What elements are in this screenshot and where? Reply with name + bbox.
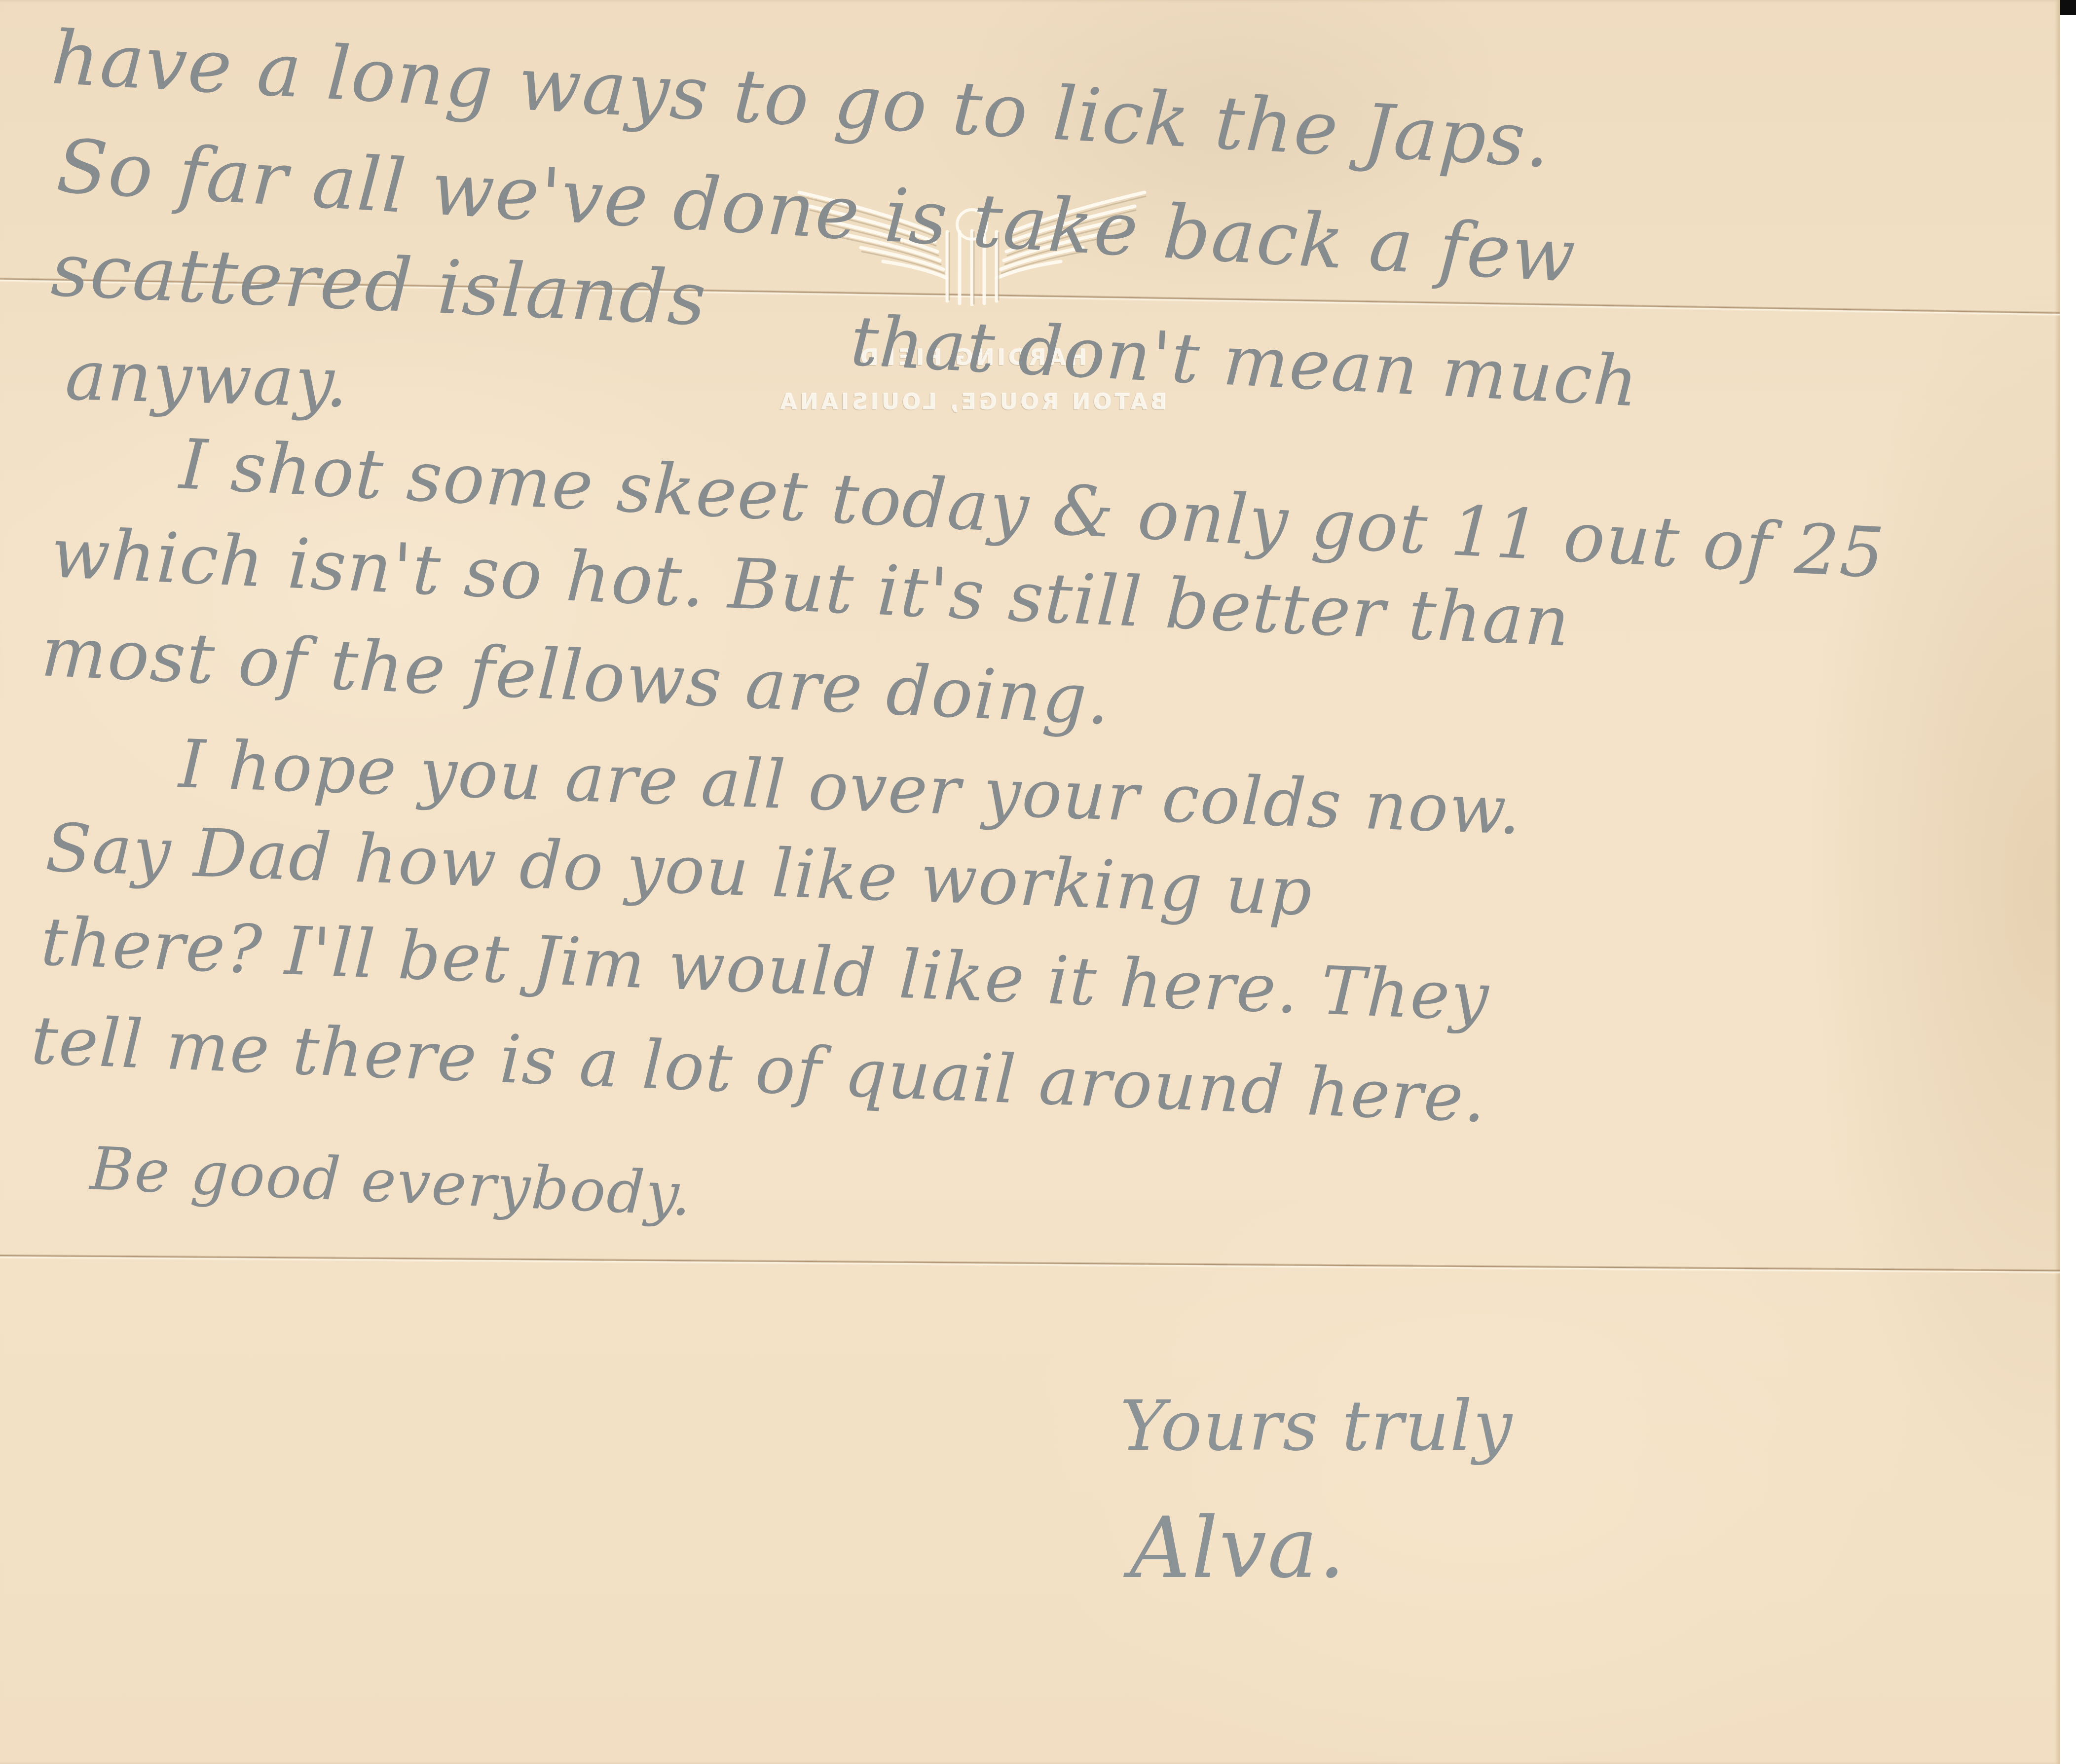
letter-line: anyway. [64, 335, 350, 423]
scan-corner-mark [2060, 0, 2076, 15]
letter-signature: Alva. [1130, 1500, 1346, 1597]
letter-scan: HARDING FIELD BATON ROUGE, LOUISIANA hav… [0, 0, 2076, 1764]
letter-closing: Yours truly [1120, 1386, 1513, 1467]
